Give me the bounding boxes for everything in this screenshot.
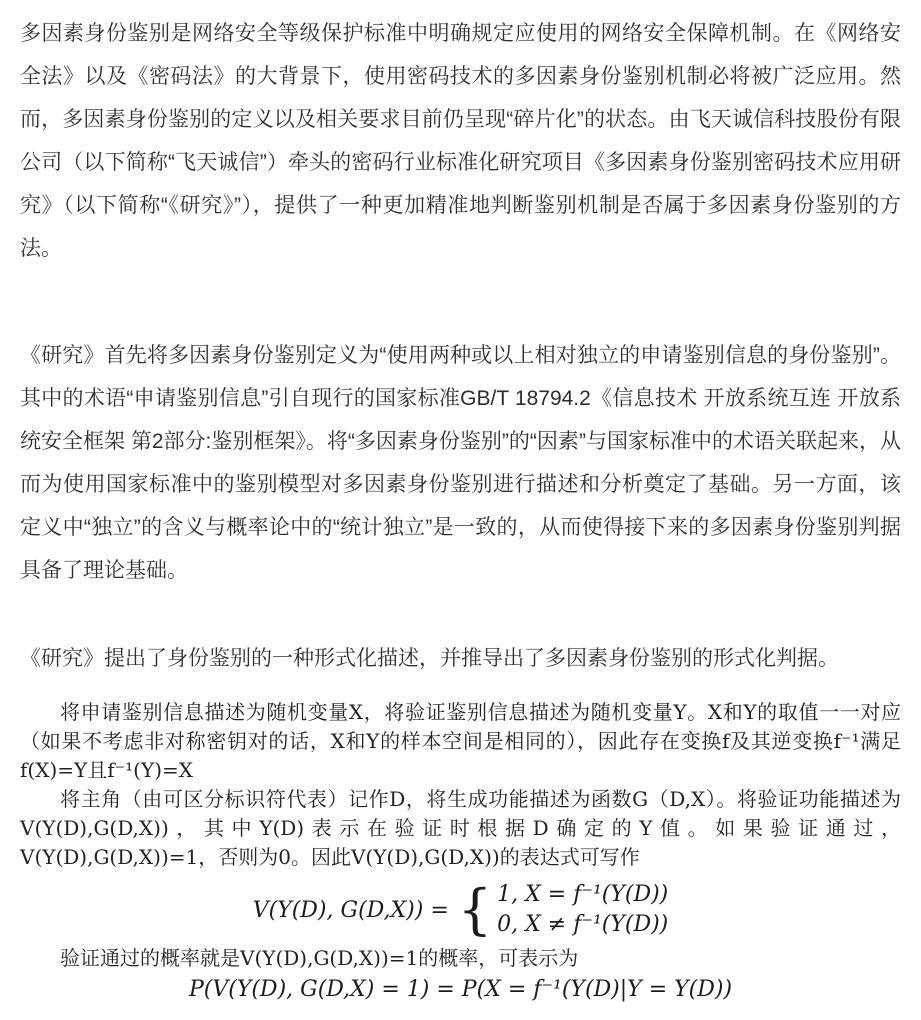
- intro-paragraph-definition: 《研究》首先将多因素身份鉴别定义为“使用两种或以上相对独立的申请鉴别信息的身份鉴…: [20, 334, 901, 592]
- document-page: 多因素身份鉴别是网络安全等级保护标准中明确规定应使用的网络安全保障机制。在《网络…: [0, 0, 921, 1020]
- intro-paragraph-formalization: 《研究》提出了身份鉴别的一种形式化描述，并推导出了多因素身份鉴别的形式化判据。: [20, 637, 901, 680]
- probability-formula-text: P(V(Y(D), G(D,X) = 1) = P(X = f⁻¹(Y(D)|Y…: [189, 977, 732, 1002]
- piecewise-verification-formula: V(Y(D), G(D,X)) = { 1, X = f⁻¹(Y(D)) 0, …: [20, 880, 901, 940]
- piecewise-case-pass: 1, X = f⁻¹(Y(D)): [497, 880, 668, 910]
- probability-note: 验证通过的概率就是V(Y(D),G(D,X))=1的概率，可表示为: [20, 944, 901, 973]
- piecewise-cases: 1, X = f⁻¹(Y(D)) 0, X ≠ f⁻¹(Y(D)): [497, 880, 668, 940]
- formal-paragraph-verification: 将主角（由可区分标识符代表）记作D，将生成功能描述为函数G（D,X）。将验证功能…: [20, 785, 901, 872]
- intro-paragraph-background: 多因素身份鉴别是网络安全等级保护标准中明确规定应使用的网络安全保障机制。在《网络…: [20, 12, 901, 270]
- probability-formula: P(V(Y(D), G(D,X) = 1) = P(X = f⁻¹(Y(D)|Y…: [20, 977, 901, 1002]
- formal-paragraph-variables: 将申请鉴别信息描述为随机变量X，将验证鉴别信息描述为随机变量Y。X和Y的取值一一…: [20, 698, 901, 785]
- curly-brace: {: [458, 880, 492, 940]
- piecewise-case-fail: 0, X ≠ f⁻¹(Y(D)): [497, 910, 668, 940]
- piecewise-formula-lhs: V(Y(D), G(D,X)) =: [253, 898, 449, 923]
